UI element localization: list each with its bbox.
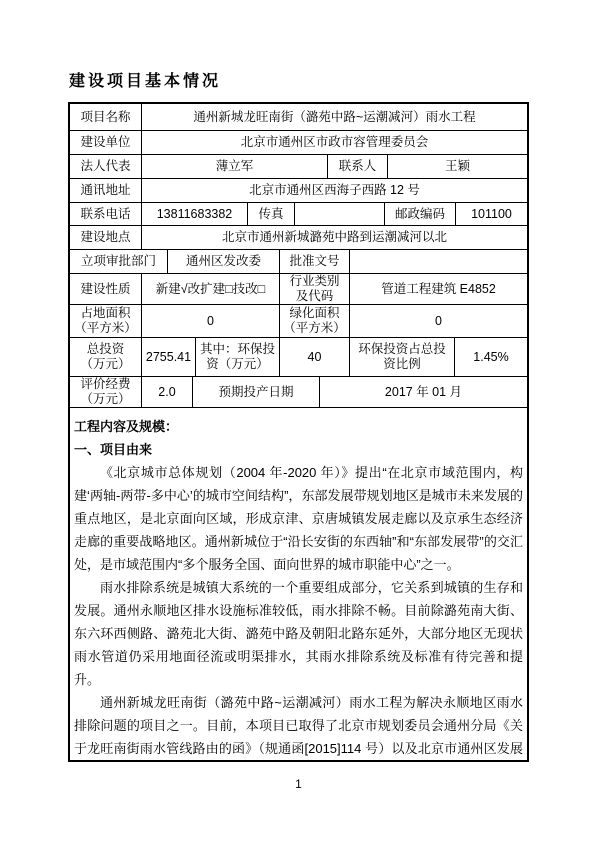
green-area-label: 绿化面积 （平方米）	[279, 305, 349, 337]
page-number: 1	[68, 777, 529, 791]
nature-value: 新建√改扩建□技改□	[141, 274, 279, 304]
nature-label: 建设性质	[70, 274, 141, 304]
section-heading: 一、项目由来	[74, 438, 523, 461]
phone-label: 联系电话	[70, 203, 141, 225]
production-date-value: 2017 年 01 月	[319, 377, 527, 407]
legal-representative-row: 法人代表 薄立军 联系人 王颖	[70, 154, 527, 178]
approval-department-row: 立项审批部门 通州区发改委 批准文号	[70, 249, 527, 273]
project-name-value: 通州新城龙旺南街（潞苑中路~运潮减河）雨水工程	[141, 104, 527, 130]
approval-dept-value: 通州区发改委	[167, 250, 279, 273]
evaluation-fee-row: 评价经费 （万元） 2.0 预期投产日期 2017 年 01 月	[70, 376, 527, 407]
fax-label: 传真	[247, 203, 294, 225]
approval-number-label: 批准文号	[279, 250, 349, 273]
site-value: 北京市通州新城潞苑中路到运潮减河以北	[141, 226, 527, 249]
mailing-address-row: 通讯地址 北京市通州区西海子西路 12 号	[70, 178, 527, 202]
construction-unit-row: 建设单位 北京市通州区市政市容管理委员会	[70, 130, 527, 154]
project-name-row: 项目名称 通州新城龙旺南街（潞苑中路~运潮减河）雨水工程	[70, 104, 527, 130]
total-investment-label: 总投资 （万元）	[70, 338, 141, 376]
project-info-table: 项目名称 通州新城龙旺南街（潞苑中路~运潮减河）雨水工程 建设单位 北京市通州区…	[70, 104, 527, 407]
construction-site-row: 建设地点 北京市通州新城潞苑中路到运潮减河以北	[70, 225, 527, 249]
site-label: 建设地点	[70, 226, 141, 249]
paragraph-approvals: 通州新城龙旺南街（潞苑中路~运潮减河）雨水工程为解决永顺地区雨水排除问题的项目之…	[74, 691, 523, 760]
contact-person-value: 王颖	[387, 155, 527, 178]
section-title: 工程内容及规模：	[74, 415, 523, 438]
document-page: 建设项目基本情况 项目名称 通州新城龙旺南街（潞苑中路~运潮减河）雨水工程 建设…	[0, 0, 595, 841]
investment-row: 总投资 （万元） 2755.41 其中：环保投 资（万元） 40 环保投资占总投…	[70, 337, 527, 376]
legal-rep-value: 薄立军	[141, 155, 327, 178]
env-ratio-value: 1.45%	[454, 338, 527, 376]
green-area-value: 0	[349, 305, 527, 337]
document-body: 建设项目基本情况 项目名称 通州新城龙旺南街（潞苑中路~运潮减河）雨水工程 建设…	[68, 0, 529, 791]
postal-code-value: 101100	[455, 203, 527, 225]
construction-nature-row: 建设性质 新建√改扩建□技改□ 行业类别 及代码 管道工程建筑 E4852	[70, 273, 527, 304]
fax-value	[294, 203, 384, 225]
production-date-label: 预期投产日期	[192, 377, 319, 407]
legal-rep-label: 法人代表	[70, 155, 141, 178]
approval-number-value	[349, 250, 527, 273]
env-investment-value: 40	[279, 338, 349, 376]
total-investment-value: 2755.41	[141, 338, 195, 376]
contact-person-label: 联系人	[327, 155, 387, 178]
land-area-value: 0	[141, 305, 279, 337]
env-investment-label: 其中：环保投 资（万元）	[195, 338, 279, 376]
paragraph-drainage: 雨水排除系统是城镇大系统的一个重要组成部分，它关系到城镇的生存和发展。通州永顺地…	[74, 576, 523, 691]
land-area-row: 占地面积 （平方米） 0 绿化面积 （平方米） 0	[70, 304, 527, 337]
paragraph-planning: 《北京城市总体规划（2004 年-2020 年）》提出“在北京市域范围内，构建‘…	[74, 461, 523, 576]
env-ratio-label: 环保投资占总投 资比例	[349, 338, 454, 376]
land-area-label: 占地面积 （平方米）	[70, 305, 141, 337]
project-name-label: 项目名称	[70, 104, 141, 130]
industry-label: 行业类别 及代码	[279, 274, 349, 304]
page-title: 建设项目基本情况	[69, 68, 529, 91]
address-label: 通讯地址	[70, 179, 141, 202]
project-content-section: 工程内容及规模： 一、项目由来 《北京城市总体规划（2004 年-2020 年）…	[70, 407, 527, 760]
approval-dept-label: 立项审批部门	[70, 250, 167, 273]
industry-value: 管道工程建筑 E4852	[349, 274, 527, 304]
construction-unit-label: 建设单位	[70, 131, 141, 154]
postal-code-label: 邮政编码	[384, 203, 455, 225]
phone-value: 13811683382	[141, 203, 247, 225]
phone-row: 联系电话 13811683382 传真 邮政编码 101100	[70, 202, 527, 225]
project-info-form: 项目名称 通州新城龙旺南街（潞苑中路~运潮减河）雨水工程 建设单位 北京市通州区…	[68, 102, 529, 762]
eval-fee-value: 2.0	[141, 377, 192, 407]
construction-unit-value: 北京市通州区市政市容管理委员会	[141, 131, 527, 154]
eval-fee-label: 评价经费 （万元）	[70, 377, 141, 407]
address-value: 北京市通州区西海子西路 12 号	[141, 179, 527, 202]
